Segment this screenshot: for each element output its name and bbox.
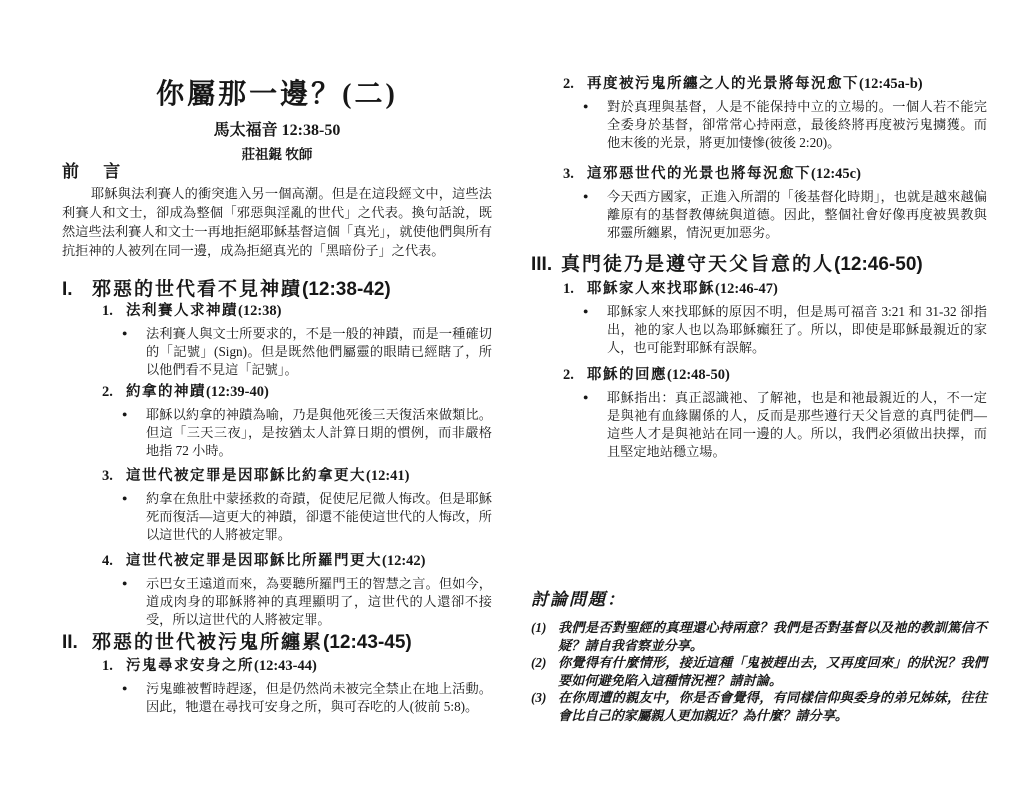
discussion-question-2: (2) 你覺得有什麼情形，接近這種「鬼被趕出去，又再度回來」的狀況？我們要如何避… xyxy=(531,654,987,689)
bullet-point: ● 耶穌指出：真正認識祂、了解祂，也是和祂最親近的人，不一定是與祂有血緣關係的人… xyxy=(563,389,987,461)
item-heading: 4. 這世代被定罪是因耶穌比所羅門更大(12:42) xyxy=(102,552,492,571)
bullet-text: 示巴女王遠道而來，為要聽所羅門王的智慧之言。但如今，道成肉身的耶穌將神的真理顯明… xyxy=(146,575,492,629)
title-block: 你屬那一邊？(二) 馬太福音 12:38-50 莊祖錕 牧師 xyxy=(62,72,492,163)
bullet-icon: ● xyxy=(583,188,607,242)
bullet-text: 耶穌指出：真正認識祂、了解祂，也是和祂最親近的人，不一定是與祂有血緣關係的人，反… xyxy=(607,389,987,461)
question-text: 我們是否對聖經的真理還心持兩意？我們是否對基督以及祂的教訓篤信不疑？請自我省察並… xyxy=(558,619,987,654)
item-title: 這世代被定罪是因耶穌比約拿更大(12:41) xyxy=(126,467,410,486)
item-heading: 3. 這邪惡世代的光景也將每況愈下(12:45c) xyxy=(563,165,987,184)
bullet-icon: ● xyxy=(122,680,146,716)
item-number: 3. xyxy=(102,467,126,486)
bullet-icon: ● xyxy=(122,325,146,379)
bullet-text: 耶穌以約拿的神蹟為喻，乃是與他死後三天復活來做類比。但這「三天三夜」，是按猶太人… xyxy=(146,406,492,460)
bullet-icon: ● xyxy=(583,98,607,152)
discussion-question-1: (1) 我們是否對聖經的真理還心持兩意？我們是否對基督以及祂的教訓篤信不疑？請自… xyxy=(531,619,987,654)
item-title: 耶穌的回應(12:48-50) xyxy=(587,366,730,385)
bullet-point: ● 約拿在魚肚中蒙拯救的奇蹟，促使尼尼微人悔改。但是耶穌死而復活—這更大的神蹟，… xyxy=(102,490,492,544)
bullet-icon: ● xyxy=(122,406,146,460)
bullet-icon: ● xyxy=(122,490,146,544)
discussion-block: 討論問題： (1) 我們是否對聖經的真理還心持兩意？我們是否對基督以及祂的教訓篤… xyxy=(531,585,987,724)
discussion-question-3: (3) 在你周遭的親友中，你是否會覺得，有同樣信仰與委身的弟兄姊妹，往往會比自己… xyxy=(531,689,987,724)
section-title: 邪惡的世代看不見神蹟(12:38-42) xyxy=(92,278,391,302)
discussion-list: (1) 我們是否對聖經的真理還心持兩意？我們是否對基督以及祂的教訓篤信不疑？請自… xyxy=(531,619,987,724)
bullet-text: 污鬼雖被暫時趕逐，但是仍然尚未被完全禁止在地上活動。因此，牠還在尋找可安身之所，… xyxy=(146,680,492,716)
question-text: 在你周遭的親友中，你是否會覺得，有同樣信仰與委身的弟兄姊妹，往往會比自己的家屬親… xyxy=(558,689,987,724)
item-heading: 1. 法利賽人求神蹟(12:38) xyxy=(102,302,492,321)
bullet-icon: ● xyxy=(583,303,607,357)
item-heading: 1. 污鬼尋求安身之所(12:43-44) xyxy=(102,657,492,676)
item-heading: 1. 耶穌家人來找耶穌(12:46-47) xyxy=(563,280,987,299)
outline-item-1-1: 1. 法利賽人求神蹟(12:38) ● 法利賽人與文士所要求的，不是一般的神蹟，… xyxy=(62,302,492,379)
bullet-point: ● 對於真理與基督，人是不能保持中立的立場的。一個人若不能完全委身於基督，卻常常… xyxy=(563,98,987,152)
bullet-text: 耶穌家人來找耶穌的原因不明，但是馬可福音 3:21 和 31-32 卻指出，祂的… xyxy=(607,303,987,357)
outline-item-2-2: 2. 再度被污鬼所纏之人的光景將每況愈下(12:45a-b) ● 對於真理與基督… xyxy=(531,75,987,152)
scripture-reference: 馬太福音 12:38-50 xyxy=(62,117,492,140)
item-heading: 3. 這世代被定罪是因耶穌比約拿更大(12:41) xyxy=(102,467,492,486)
item-title: 耶穌家人來找耶穌(12:46-47) xyxy=(587,280,778,299)
bullet-icon: ● xyxy=(122,575,146,629)
bullet-point: ● 示巴女王遠道而來，為要聽所羅門王的智慧之言。但如今，道成肉身的耶穌將神的真理… xyxy=(102,575,492,629)
intro-paragraph: 耶穌與法利賽人的衝突進入另一個高潮。但是在這段經文中，這些法利賽人和文士，卻成為… xyxy=(62,184,492,260)
item-title: 法利賽人求神蹟(12:38) xyxy=(126,302,282,321)
item-heading: 2. 耶穌的回應(12:48-50) xyxy=(563,366,987,385)
bullet-point: ● 污鬼雖被暫時趕逐，但是仍然尚未被完全禁止在地上活動。因此，牠還在尋找可安身之… xyxy=(102,680,492,716)
bullet-icon: ● xyxy=(583,389,607,461)
item-title: 這邪惡世代的光景也將每況愈下(12:45c) xyxy=(587,165,861,184)
bullet-text: 法利賽人與文士所要求的，不是一般的神蹟，而是一種確切的「記號」(Sign)。但是… xyxy=(146,325,492,379)
section-number: III. xyxy=(531,253,561,277)
bullet-text: 今天西方國家，正進入所謂的「後基督化時期」，也就是越來越偏離原有的基督教傳統與道… xyxy=(607,188,987,242)
item-number: 1. xyxy=(563,280,587,299)
outline-item-1-3: 3. 這世代被定罪是因耶穌比約拿更大(12:41) ● 約拿在魚肚中蒙拯救的奇蹟… xyxy=(62,467,492,544)
bullet-text: 對於真理與基督，人是不能保持中立的立場的。一個人若不能完全委身於基督，卻常常心持… xyxy=(607,98,987,152)
question-number: (1) xyxy=(531,619,558,654)
bullet-point: ● 今天西方國家，正進入所謂的「後基督化時期」，也就是越來越偏離原有的基督教傳統… xyxy=(563,188,987,242)
item-title: 約拿的神蹟(12:39-40) xyxy=(126,383,269,402)
question-text: 你覺得有什麼情形，接近這種「鬼被趕出去，又再度回來」的狀況？我們要如何避免陷入這… xyxy=(558,654,987,689)
question-number: (2) xyxy=(531,654,558,689)
section-heading-1: I. 邪惡的世代看不見神蹟(12:38-42) xyxy=(62,278,492,302)
item-number: 2. xyxy=(563,75,587,94)
outline-item-3-2: 2. 耶穌的回應(12:48-50) ● 耶穌指出：真正認識祂、了解祂，也是和祂… xyxy=(531,366,987,461)
item-title: 再度被污鬼所纏之人的光景將每況愈下(12:45a-b) xyxy=(587,75,923,94)
section-number: II. xyxy=(62,631,92,655)
question-number: (3) xyxy=(531,689,558,724)
bullet-point: ● 耶穌家人來找耶穌的原因不明，但是馬可福音 3:21 和 31-32 卻指出，… xyxy=(563,303,987,357)
item-number: 2. xyxy=(102,383,126,402)
outline-item-2-3: 3. 這邪惡世代的光景也將每況愈下(12:45c) ● 今天西方國家，正進入所謂… xyxy=(531,165,987,242)
bullet-point: ● 耶穌以約拿的神蹟為喻，乃是與他死後三天復活來做類比。但這「三天三夜」，是按猶… xyxy=(102,406,492,460)
item-heading: 2. 再度被污鬼所纏之人的光景將每況愈下(12:45a-b) xyxy=(563,75,987,94)
discussion-heading: 討論問題： xyxy=(531,585,987,610)
section-heading-2: II. 邪惡的世代被污鬼所纏累(12:43-45) xyxy=(62,631,492,655)
item-number: 1. xyxy=(102,657,126,676)
item-number: 3. xyxy=(563,165,587,184)
outline-item-3-1: 1. 耶穌家人來找耶穌(12:46-47) ● 耶穌家人來找耶穌的原因不明，但是… xyxy=(531,280,987,357)
section-number: I. xyxy=(62,278,92,302)
section-title: 真門徒乃是遵守天父旨意的人(12:46-50) xyxy=(561,253,923,277)
outline-item-2-1: 1. 污鬼尋求安身之所(12:43-44) ● 污鬼雖被暫時趕逐，但是仍然尚未被… xyxy=(62,657,492,716)
section-heading-3: III. 真門徒乃是遵守天父旨意的人(12:46-50) xyxy=(531,253,987,277)
item-title: 這世代被定罪是因耶穌比所羅門更大(12:42) xyxy=(126,552,426,571)
right-column: 2. 再度被污鬼所纏之人的光景將每況愈下(12:45a-b) ● 對於真理與基督… xyxy=(531,72,987,772)
outline-item-1-4: 4. 這世代被定罪是因耶穌比所羅門更大(12:42) ● 示巴女王遠道而來，為要… xyxy=(62,552,492,629)
left-column: 你屬那一邊？(二) 馬太福音 12:38-50 莊祖錕 牧師 前 言 耶穌與法利… xyxy=(62,72,492,772)
item-number: 2. xyxy=(563,366,587,385)
outline-item-1-2: 2. 約拿的神蹟(12:39-40) ● 耶穌以約拿的神蹟為喻，乃是與他死後三天… xyxy=(62,383,492,460)
intro-heading: 前 言 xyxy=(62,157,492,182)
bullet-point: ● 法利賽人與文士所要求的，不是一般的神蹟，而是一種確切的「記號」(Sign)。… xyxy=(102,325,492,379)
item-number: 1. xyxy=(102,302,126,321)
sermon-title: 你屬那一邊？(二) xyxy=(62,72,492,112)
item-title: 污鬼尋求安身之所(12:43-44) xyxy=(126,657,317,676)
bullet-text: 約拿在魚肚中蒙拯救的奇蹟，促使尼尼微人悔改。但是耶穌死而復活—這更大的神蹟，卻還… xyxy=(146,490,492,544)
item-number: 4. xyxy=(102,552,126,571)
sermon-outline-page: 你屬那一邊？(二) 馬太福音 12:38-50 莊祖錕 牧師 前 言 耶穌與法利… xyxy=(0,0,1024,791)
section-title: 邪惡的世代被污鬼所纏累(12:43-45) xyxy=(92,631,412,655)
item-heading: 2. 約拿的神蹟(12:39-40) xyxy=(102,383,492,402)
